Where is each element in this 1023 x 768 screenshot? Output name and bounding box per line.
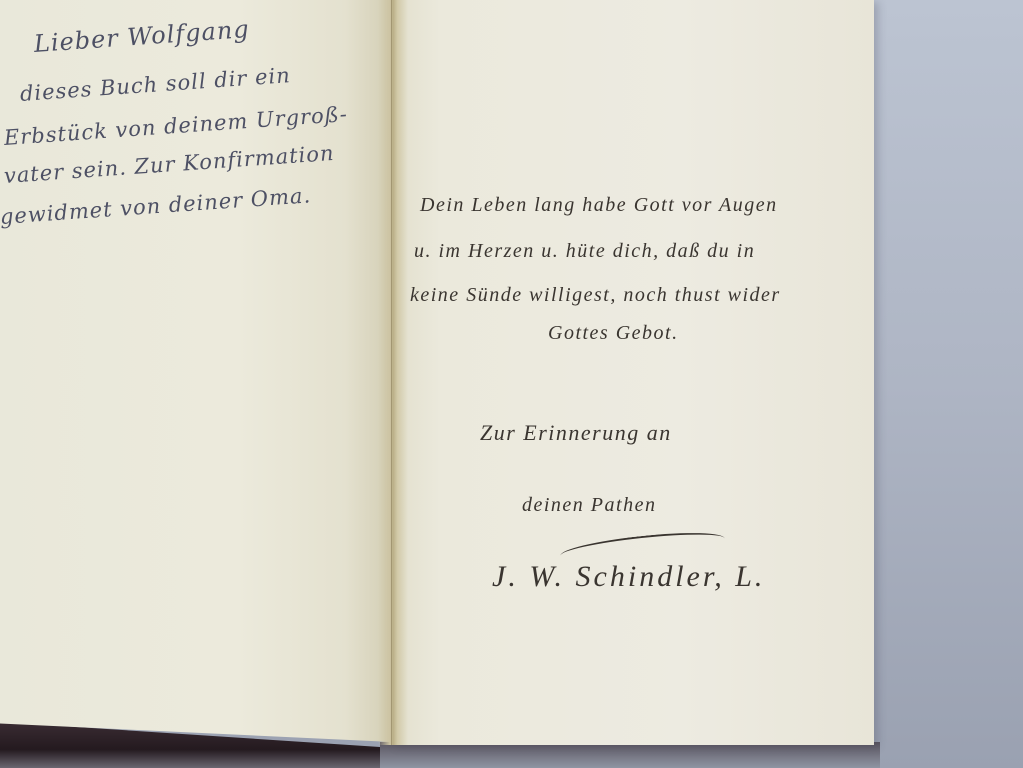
gutter-fold: [391, 0, 392, 745]
verse-line-3: keine Sünde willigest, noch thust wider: [410, 284, 781, 307]
verse-line-1: Dein Leben lang habe Gott vor Augen: [420, 194, 778, 217]
book-shadow: [380, 742, 880, 768]
right-page: [392, 0, 874, 745]
dedication-line-2: deinen Pathen: [522, 494, 656, 517]
dedication-line-1: Zur Erinnerung an: [480, 420, 672, 446]
verse-line-2: u. im Herzen u. hüte dich, daß du in: [414, 240, 755, 263]
signature: J. W. Schindler, L.: [492, 560, 765, 594]
book-gutter: [378, 0, 408, 745]
open-book-photo: Lieber Wolfgang dieses Buch soll dir ein…: [0, 0, 1023, 768]
verse-line-4: Gottes Gebot.: [548, 322, 679, 345]
